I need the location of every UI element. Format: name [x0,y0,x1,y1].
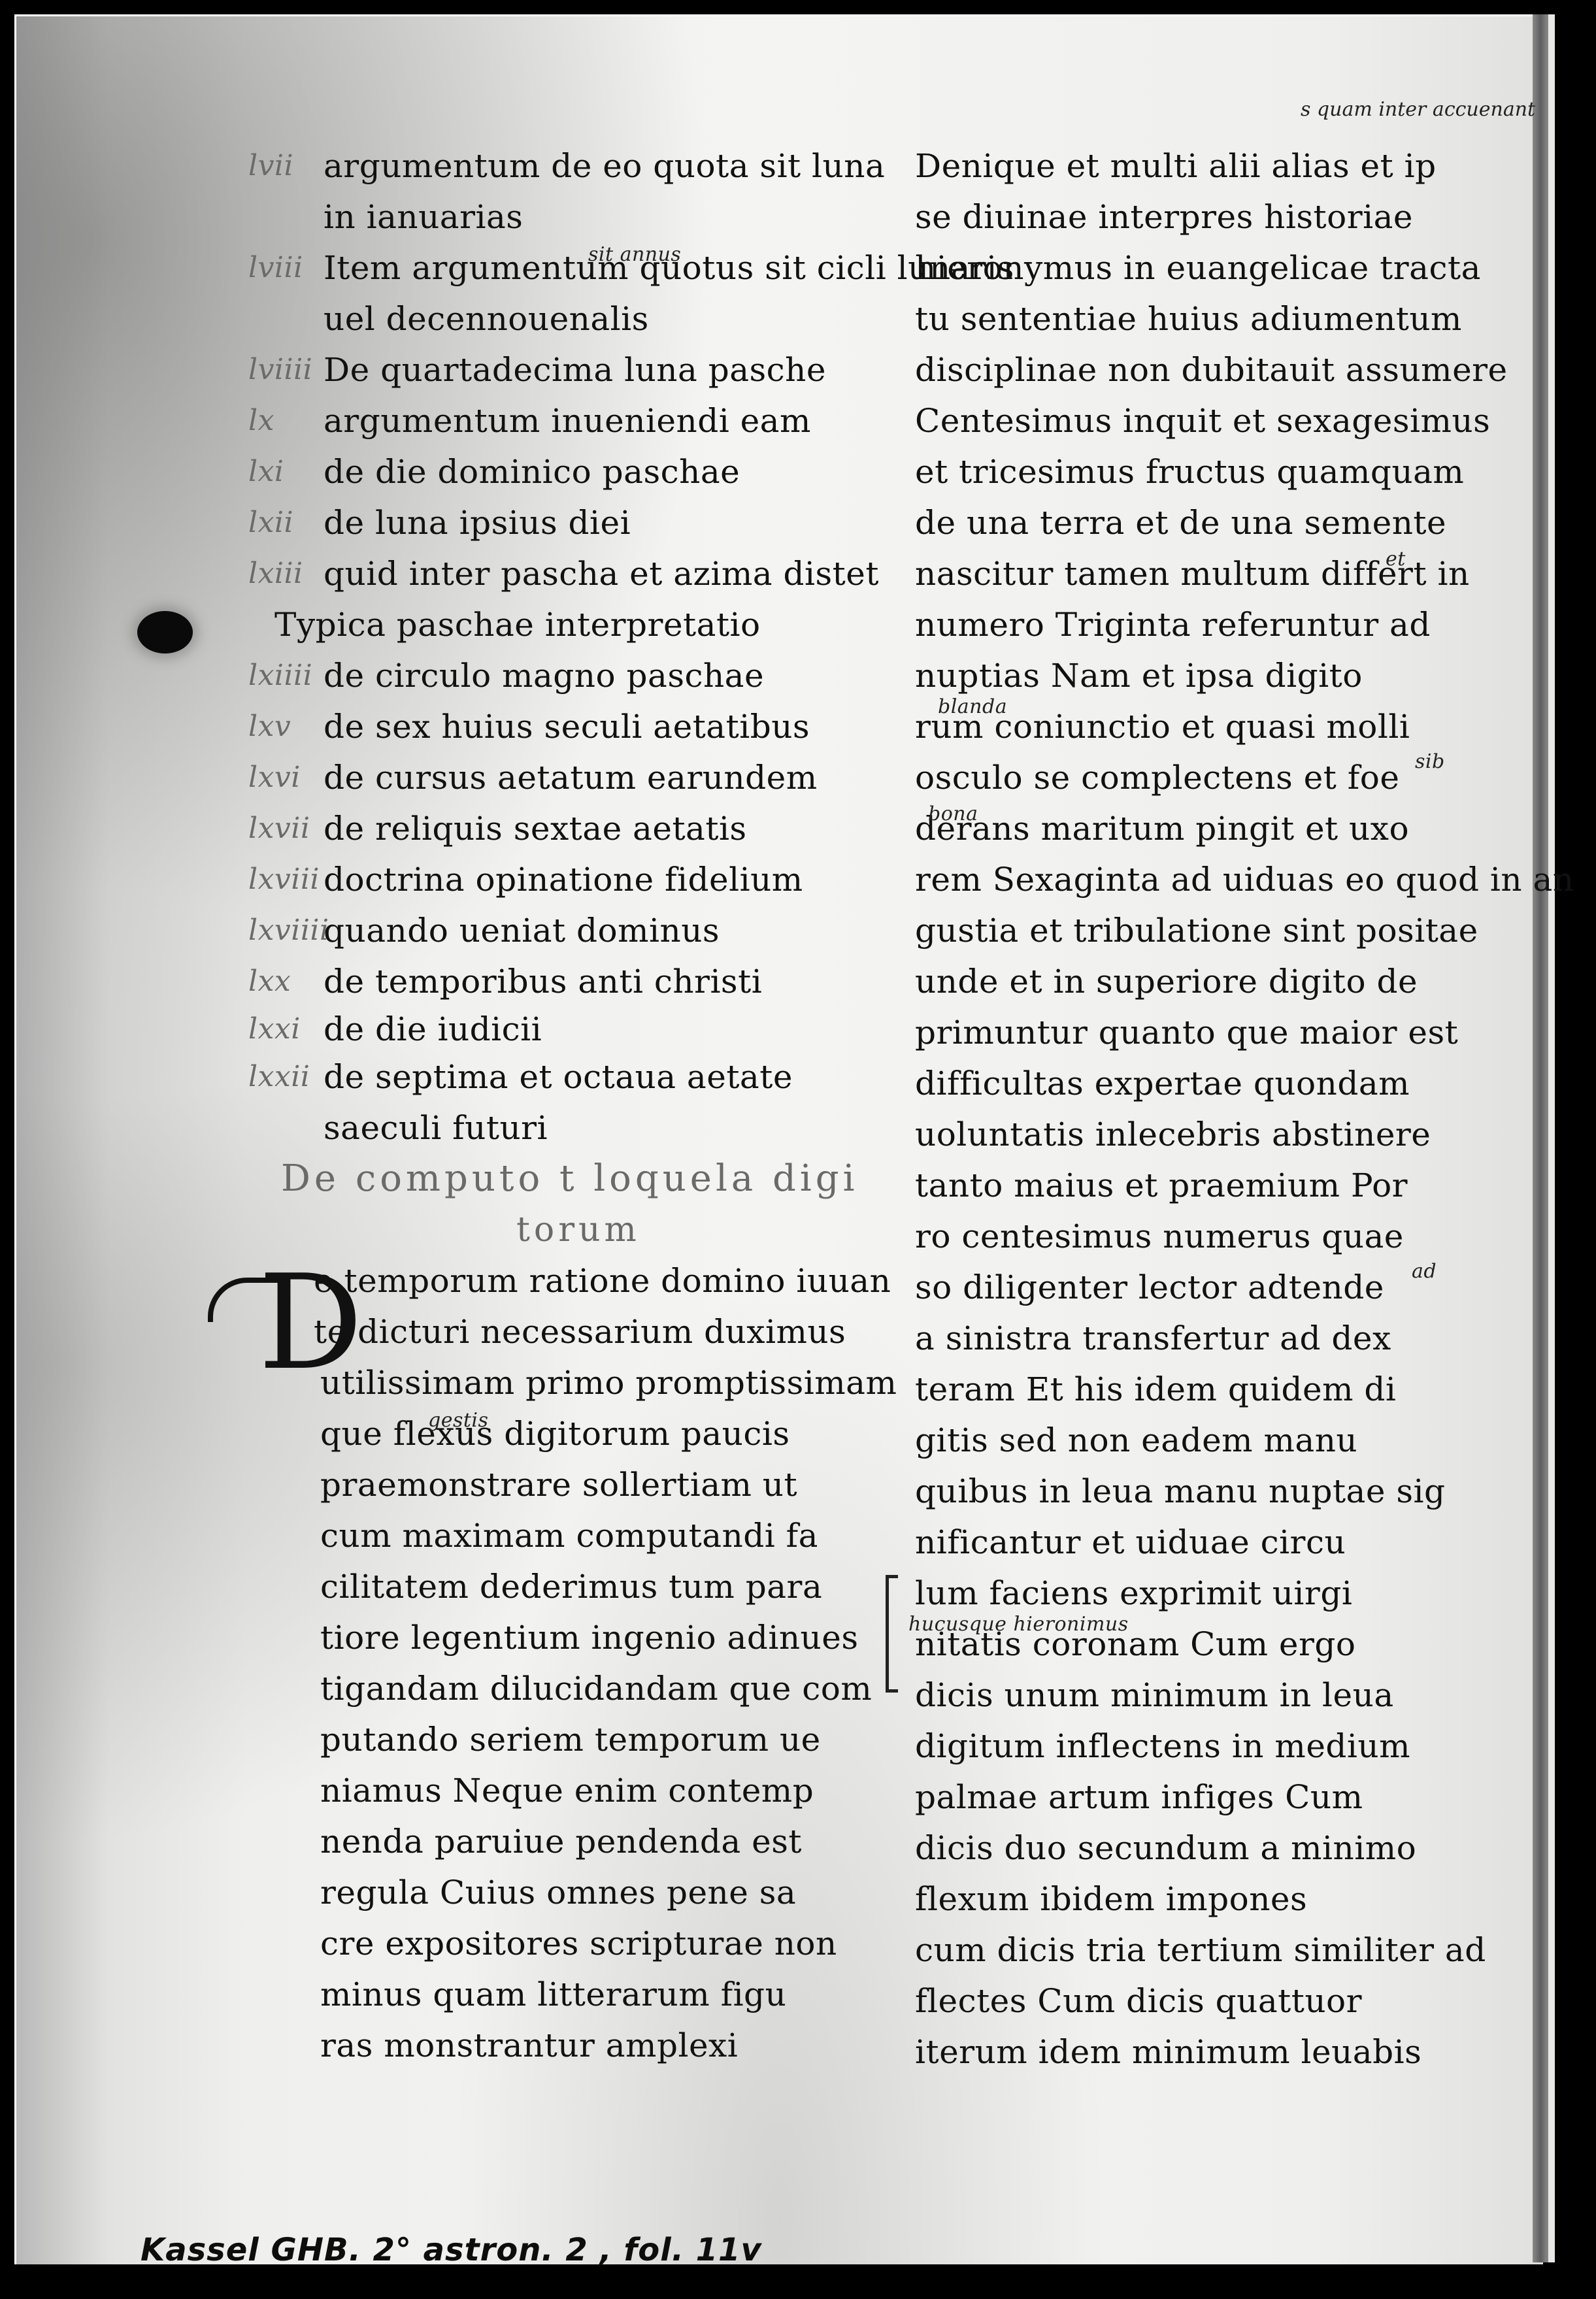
toc-text: de cursus aetatum earundem [324,759,818,797]
toc-entry: lxvde sex huius seculi aetatibus [248,701,889,752]
text-line: primuntur quanto que maior est [915,1007,1536,1058]
text-line-content: que flexus digitorum paucis [320,1415,790,1453]
toc-text: doctrina opinatione fidelium [324,861,803,899]
toc-entry: lxide die dominico paschae [248,446,889,497]
text-line: lum faciens exprimit uirgihucusque hiero… [915,1568,1536,1619]
chapter-numeral: lxviiii [248,905,320,956]
toc-continuation: saeculi futuri [248,1102,889,1153]
text-line: niamus Neque enim contemp [248,1765,889,1816]
interlinear-gloss: gestis [428,1395,488,1446]
text-line: a sinistra transfertur ad dex [915,1313,1536,1364]
toc-text: de luna ipsius diei [324,504,631,542]
text-line: quibus in leua manu nuptae sig [915,1466,1536,1517]
text-line: ro centesimus numerus quae [915,1211,1536,1262]
text-line: flectes Cum dicis quattuor [915,1976,1536,2026]
text-line: Centesimus inquit et sexagesimus [915,395,1536,446]
text-line: unde et in superiore digito de [915,956,1536,1007]
text-line: numero Triginta referuntur ad [915,599,1536,650]
toc-text: de temporibus anti christi [324,963,762,1001]
text-line: de una terra et de una semente [915,497,1536,548]
text-line: flexum ibidem impones [915,1874,1536,1925]
chapter-numeral: lviiii [248,344,320,395]
chapter-numeral: lxi [248,446,320,497]
toc-text: de reliquis sextae aetatis [324,810,747,848]
text-line-content: osculo se complectens et foe [915,759,1399,797]
text-line: difficultas expertae quondam [915,1058,1536,1109]
text-line-content: so diligenter lector adtende [915,1268,1384,1306]
text-line: so diligenter lector adtendead [915,1262,1536,1313]
text-line: nenda paruiue pendenda est [248,1816,889,1867]
decorated-initial: D [258,1261,356,1385]
toc-continuation: uel decennouenalis [248,293,889,344]
top-margin-gloss: s quam inter accuenant [1301,98,1535,121]
text-line: nificantur et uiduae circu [915,1517,1536,1568]
text-line: que flexus digitorum paucisgestis [248,1408,889,1459]
toc-entry: lxiide luna ipsius diei [248,497,889,548]
toc-text: de die iudicii [324,1010,542,1048]
text-line: tiore legentium ingenio adinues [248,1612,889,1663]
text-line: tu sententiae huius adiumentum [915,293,1536,344]
toc-entry: lxviiiiquando ueniat dominus [248,905,889,956]
interlinear-gloss: sit annus [588,229,681,280]
text-line: uoluntatis inlecebris abstinere [915,1109,1536,1160]
text-line: derans maritum pingit et uxobona [915,803,1536,854]
text-line: nascitur tamen multum differt inet [915,548,1536,599]
text-line: disciplinae non dubitauit assumere [915,344,1536,395]
toc-text: quid inter pascha et azima distet [324,555,879,593]
left-column: lviiargumentum de eo quota sit luna in i… [248,141,889,2071]
text-line: tigandam dilucidandam que com [248,1663,889,1714]
chapter-numeral: lxxi [248,1007,320,1051]
interlinear-gloss: et [1386,534,1406,585]
text-line: hieronymus in euangelicae tracta [915,242,1536,293]
text-line: teram Et his idem quidem di [915,1364,1536,1415]
text-line: cum dicis tria tertium similiter ad [915,1925,1536,1976]
text-line: gitis sed non eadem manu [915,1415,1536,1466]
text-line: putando seriem temporum ue [248,1714,889,1765]
text-line-content: derans maritum pingit et uxo [915,810,1409,848]
chapter-numeral: lxx [248,956,320,1007]
toc-entry: lxviide reliquis sextae aetatis [248,803,889,854]
toc-text: de circulo magno paschae [324,657,764,695]
text-line: regula Cuius omnes pene sa [248,1867,889,1918]
text-line: nitatis coronam Cum ergo [915,1619,1536,1670]
interlinear-gloss: sib [1415,736,1445,787]
text-line: cilitatem dederimus tum para [248,1561,889,1612]
text-line: rem Sexaginta ad uiduas eo quod in an [915,854,1536,905]
text-line: praemonstrare sollertiam ut [248,1459,889,1510]
text-line: dicis duo secundum a minimo [915,1823,1536,1874]
toc-text: de sex huius seculi aetatibus [324,708,810,746]
chapter-numeral: lviii [248,242,320,293]
chapter-numeral: lvii [248,141,320,191]
chapter-numeral: lx [248,395,320,446]
margin-bracket [886,1575,898,1693]
text-line: et tricesimus fructus quamquam [915,446,1536,497]
toc-entry: lxviiidoctrina opinatione fidelium [248,854,889,905]
toc-text: argumentum inueniendi eam [324,402,811,440]
section-rubric: De computo t loquela digi [248,1153,889,1204]
text-line: cum maximam computandi fa [248,1510,889,1561]
text-line: osculo se complectens et foesib [915,752,1536,803]
text-line: dicis unum minimum in leua [915,1670,1536,1721]
text-line: ras monstrantur amplexi [248,2020,889,2071]
toc-text: argumentum de eo quota sit luna [324,147,885,185]
text-line: digitum inflectens in medium [915,1721,1536,1772]
toc-entry: lxiiiquid inter pascha et azima distet [248,548,889,599]
interlinear-gloss: ad [1412,1246,1437,1297]
toc-entry: lxargumentum inueniendi eam [248,395,889,446]
toc-text: De quartadecima luna pasche [324,351,826,389]
chapter-numeral: lxvi [248,752,320,803]
chapter-numeral: lxviii [248,854,320,905]
toc-entry: lxvide cursus aetatum earundem [248,752,889,803]
toc-entry: lxxiide septima et octaua aetate [248,1051,889,1102]
toc-entry: lviiiiDe quartadecima luna pasche [248,344,889,395]
text-line: tanto maius et praemium Por [915,1160,1536,1211]
toc-continuation: in ianuarias [248,191,889,242]
toc-entry: lxiiiide circulo magno paschae [248,650,889,701]
toc-text: de die dominico paschae [324,453,740,491]
chapter-numeral: lxxii [248,1051,320,1102]
interlinear-gloss: bona [928,789,978,840]
toc-entry: lviiiItem argumentum quotus sit cicli lu… [248,242,889,293]
chapter-numeral: lxv [248,701,320,752]
photo-caption: Kassel GHB. 2° astron. 2 , fol. 11v [141,2232,762,2268]
text-line: nuptias Nam et ipsa digitoblanda [915,650,1536,701]
facing-page-edge [1548,14,1555,2262]
text-line: minus quam litterarum figu [248,1969,889,2020]
text-line: iterum idem minimum leuabis [915,2026,1536,2077]
toc-entry: lxxde temporibus anti christi [248,956,889,1007]
chapter-numeral: lxiii [248,548,320,599]
chapter-numeral: lxvii [248,803,320,854]
toc-text: de septima et octaua aetate [324,1058,793,1096]
text-line: se diuinae interpres historiae [915,191,1536,242]
toc-continuation: Typica paschae interpretatio [248,599,889,650]
right-column: Denique et multi alii alias et ip se diu… [915,141,1536,2077]
toc-text: quando ueniat dominus [324,912,720,950]
text-line: Denique et multi alii alias et ip [915,141,1536,191]
text-line: cre expositores scripturae non [248,1918,889,1969]
parchment-hole [137,611,193,653]
chapter-numeral: lxiiii [248,650,320,701]
toc-entry: lxxide die iudicii [248,1007,889,1051]
text-line: palmae artum infiges Cum [915,1772,1536,1823]
chapter-numeral: lxii [248,497,320,548]
text-line: gustia et tribulatione sint positae [915,905,1536,956]
toc-entry: lviiargumentum de eo quota sit luna [248,141,889,191]
